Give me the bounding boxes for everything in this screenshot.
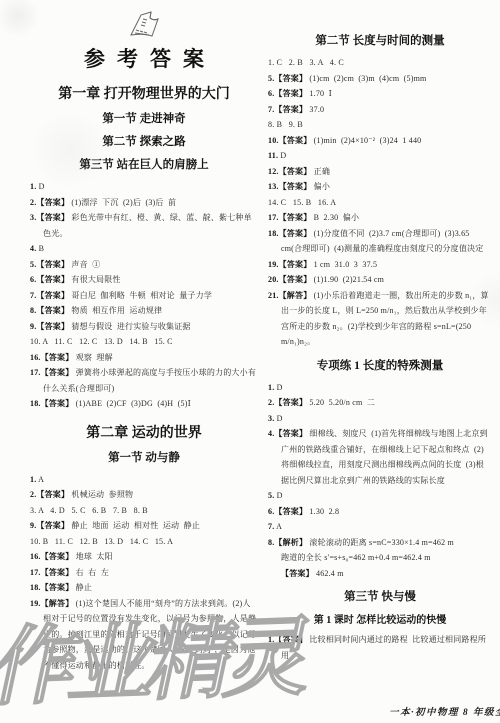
answer-text: (1)漂浮 下沉 (2)后 (3)后 前 [69, 198, 176, 207]
answer-line: 4.【答案】 细棉线、刻度尺 (1)首先将细棉线与地图上北京到广州的铁路线重合铺… [268, 426, 492, 488]
answer-text: 10. B 11. C 12. B 13. D 14. C 15. A [30, 537, 173, 546]
answer-tag: 【答案】 [274, 635, 307, 644]
answer-text: 右 右 左 [73, 568, 109, 577]
answer-text: 彩色光带中有红、橙、黄、绿、蓝、靛、紫七种单色光。 [43, 213, 252, 238]
answer-book-page: 参考答案第一章 打开物理世界的大门第一节 走进神奇第二节 探索之路第三节 站在巨… [0, 0, 500, 723]
answer-tag: 【答案】 [274, 398, 307, 407]
answer-line: 跑道的全长 s′=s+s₀=462 m+0.4 m=462.4 m [268, 550, 492, 566]
answer-line: 17.【答案】 B 2.30 偏小 [268, 210, 492, 226]
section-heading: 第二节 长度与时间的测量 [268, 32, 492, 48]
page-title-heading: 参考答案 [30, 43, 258, 73]
answer-text: 1 cm 31.0 3 37.5 [311, 260, 377, 269]
answer-text: 比较相同时间内通过的路程 比较通过相同路程所用 [281, 635, 486, 660]
answer-tag: 【答案】 [36, 291, 69, 300]
question-number: 19. [30, 599, 41, 608]
answer-text: A [274, 522, 282, 531]
answer-text: 正确 [311, 167, 330, 176]
question-number: 16. [30, 552, 41, 561]
answer-line: 3. A 4. D 5. C 6. B 7. B 8. B [30, 503, 258, 519]
answer-text: 声音 ① [69, 260, 100, 269]
answer-text: B [36, 244, 44, 253]
answer-line: 1. D [268, 380, 492, 396]
answer-text: (1)cm (2)cm (3)m (4)cm (5)mm [307, 74, 426, 83]
answer-text: 物质 相互作用 运动规律 [69, 306, 162, 315]
answer-tag: 【答案】 [274, 89, 307, 98]
answer-text: D [274, 491, 282, 500]
answer-text: (1)ABE (2)CF (3)DG (4)H (5)Ⅰ [73, 399, 191, 408]
answer-tag: 【答案】 [41, 583, 74, 592]
answer-tag: 【答案】 [36, 198, 69, 207]
answer-line: 7. A [268, 519, 492, 535]
question-number: 10. [268, 136, 279, 145]
answer-text: (1)这个楚国人不能用“刻舟”的方法求到剑。(2)人相对于记号的位置没有发生变化… [43, 599, 256, 670]
answer-line: 18.【答案】 (1)ABE (2)CF (3)DG (4)H (5)Ⅰ [30, 396, 258, 412]
answer-text: 3. A 4. D 5. C 6. B 7. B 8. B [30, 506, 148, 515]
answer-tag: 【答案】 [281, 569, 314, 578]
answer-line: 19.【解答】 (1)这个楚国人不能用“刻舟”的方法求到剑。(2)人相对于记号的… [30, 596, 258, 674]
question-number: 12. [268, 167, 279, 176]
answer-tag: 【答案】 [274, 507, 307, 516]
answer-text: 1.70 Ⅰ [307, 89, 332, 98]
answer-text: (1)小乐沿着跑道走一圈，数出所走的步数 n₁，算出一步的长度 L，则 L=25… [281, 291, 489, 347]
answer-text: (1)min (2)4×10⁻² (3)24 1 440 [311, 136, 421, 145]
answer-text: D [274, 383, 282, 392]
answer-text: 1.30 2.8 [307, 507, 339, 516]
answer-line: 6.【答案】 1.30 2.8 [268, 504, 492, 520]
answer-tag: 【答案】 [279, 167, 312, 176]
answer-line: 10.【答案】 (1)min (2)4×10⁻² (3)24 1 440 [268, 133, 492, 149]
answer-tag: 【答案】 [36, 213, 69, 222]
answer-line: 17.【答案】 右 右 左 [30, 565, 258, 581]
answer-line: 5.【答案】 (1)cm (2)cm (3)m (4)cm (5)mm [268, 71, 492, 87]
answer-text: 偏小 [311, 182, 330, 191]
answer-line: 6.【答案】 1.70 Ⅰ [268, 86, 492, 102]
answer-text: 1. C 2. B 3. A 4. C [268, 58, 344, 67]
answer-text: D [278, 151, 286, 160]
answer-tag: 【解答】 [41, 599, 74, 608]
answer-line: 18.【答案】 (1)分度值不同 (2)3.7 cm(合理即可) (3)3.65… [268, 226, 492, 257]
answer-tag: 【答案】 [41, 353, 74, 362]
answer-line: 1. C 2. B 3. A 4. C [268, 55, 492, 71]
answer-text: D [274, 414, 282, 423]
answer-line: 19.【答案】 1 cm 31.0 3 37.5 [268, 257, 492, 273]
answer-line: 6.【答案】 有很大局限性 [30, 272, 258, 288]
answer-line: 10. B 11. C 12. B 13. D 14. C 15. A [30, 534, 258, 550]
answer-line: 8.【答案】 物质 相互作用 运动规律 [30, 303, 258, 319]
answer-line: 5. D [268, 488, 492, 504]
answer-line: 11. D [268, 148, 492, 164]
answer-text: 哥白尼 伽利略 牛顿 相对论 量子力学 [69, 291, 212, 300]
answer-text: 猜想与假设 进行实验与收集证据 [69, 322, 190, 331]
answer-tag: 【答案】 [274, 74, 307, 83]
answer-tag: 【答案】 [36, 260, 69, 269]
chapter-heading: 第一章 打开物理世界的大门 [30, 83, 258, 103]
answer-tag: 【解答】 [279, 291, 312, 300]
answer-line: 8. B 9. B [268, 117, 492, 133]
answer-line: 8.【解析】 滚轮滚动的距离 s=nC=330×1.4 m=462 m [268, 535, 492, 551]
answer-line: 16.【答案】 观察 理解 [30, 350, 258, 366]
answer-text: 弹簧将小球弹起的高度与手按压小球的力的大小有什么关系(合理即可) [43, 368, 256, 393]
question-number: 19. [268, 260, 279, 269]
question-number: 11. [268, 151, 278, 160]
footer-book-title: 一本·初中物理 8 年级全 [389, 704, 500, 718]
right-column: 第二节 长度与时间的测量1. C 2. B 3. A 4. C5.【答案】 (1… [268, 0, 492, 663]
answer-line: 1. D [30, 179, 258, 195]
answer-text: 滚轮滚动的距离 s=nC=330×1.4 m=462 m [307, 538, 454, 547]
answer-text: 8. B 9. B [268, 120, 303, 129]
answer-line: 16.【答案】 地球 太阳 [30, 549, 258, 565]
question-number: 17. [30, 368, 41, 377]
answer-tag: 【答案】 [279, 136, 312, 145]
section-heading: 第三节 快与慢 [268, 588, 492, 604]
question-number: 16. [30, 353, 41, 362]
answer-line: 2.【答案】 机械运动 参照物 [30, 487, 258, 503]
answer-text: 10. A 11. C 12. C 13. D 14. B 15. C [30, 337, 173, 346]
answer-text: 机械运动 参照物 [69, 490, 133, 499]
question-number: 17. [268, 213, 279, 222]
answer-tag: 【答案】 [36, 275, 69, 284]
answer-line: 20.【答案】 (1)1.90 (2)21.54 cm [268, 272, 492, 288]
answer-line: 2.【答案】 (1)漂浮 下沉 (2)后 (3)后 前 [30, 195, 258, 211]
answer-line: 5.【答案】 声音 ① [30, 257, 258, 273]
answer-line: 【答案】 462.4 m [268, 566, 492, 582]
answer-tag: 【答案】 [274, 429, 307, 438]
answer-text: 跑道的全长 s′=s+s₀=462 m+0.4 m=462.4 m [281, 553, 431, 562]
section-heading: 第一节 动与静 [30, 449, 258, 465]
section-heading: 第一节 走进神奇 [30, 110, 258, 126]
section-heading: 第二节 探索之路 [30, 133, 258, 149]
answer-tag: 【答案】 [41, 552, 74, 561]
answer-text: 细棉线、刻度尺 (1)首先将细棉线与地图上北京到广州的铁路线重合铺好，在细棉线上… [281, 429, 488, 485]
answer-line: 7.【答案】 37.0 [268, 102, 492, 118]
answer-text: 静止 [73, 583, 92, 592]
answer-line: 1.【答案】 比较相同时间内通过的路程 比较通过相同路程所用 [268, 632, 492, 663]
question-number: 18. [30, 583, 41, 592]
answer-tag: 【答案】 [279, 275, 312, 284]
question-number: 21. [268, 291, 279, 300]
section-heading: 第三节 站在巨人的肩膀上 [30, 156, 258, 172]
answer-line: 13.【答案】 偏小 [268, 179, 492, 195]
answer-tag: 【解析】 [274, 538, 307, 547]
answer-text: (1)1.90 (2)21.54 cm [311, 275, 384, 284]
answer-tag: 【答案】 [279, 229, 312, 238]
answer-text: B 2.30 偏小 [311, 213, 359, 222]
answer-tag: 【答案】 [36, 490, 69, 499]
answer-line: 21.【解答】 (1)小乐沿着跑道走一圈，数出所走的步数 n₁，算出一步的长度 … [268, 288, 492, 350]
answer-tag: 【答案】 [274, 105, 307, 114]
answer-line: 3.【答案】 彩色光带中有红、橙、黄、绿、蓝、靛、紫七种单色光。 [30, 210, 258, 241]
answer-line: 10. A 11. C 12. C 13. D 14. B 15. C [30, 334, 258, 350]
section-heading: 专项练 1 长度的特殊测量 [268, 357, 492, 373]
answer-line: 2.【答案】 5.20 5.20/n cm 二 [268, 395, 492, 411]
answer-line: 14. C 15. B 16. A [268, 195, 492, 211]
question-number: 18. [268, 229, 279, 238]
answer-tag: 【答案】 [279, 182, 312, 191]
answer-tag: 【答案】 [279, 213, 312, 222]
answer-text: D [36, 182, 44, 191]
answer-line: 9.【答案】 猜想与假设 进行实验与收集证据 [30, 319, 258, 335]
answer-text: 地球 太阳 [73, 552, 112, 561]
answer-tag: 【答案】 [36, 306, 69, 315]
question-number: 13. [268, 182, 279, 191]
question-number: 18. [30, 399, 41, 408]
answer-tag: 【答案】 [279, 260, 312, 269]
answer-line: 12.【答案】 正确 [268, 164, 492, 180]
answer-text: 462.4 m [314, 569, 344, 578]
answer-tag: 【答案】 [36, 322, 69, 331]
answer-tag: 【答案】 [41, 368, 74, 377]
answer-line: 9.【答案】 静止 地面 运动 相对性 运动 静止 [30, 518, 258, 534]
question-number: 17. [30, 568, 41, 577]
answer-tag: 【答案】 [41, 568, 74, 577]
chapter-heading: 第二章 运动的世界 [30, 422, 258, 442]
answer-sheet-icon [30, 9, 258, 41]
answer-text: (1)分度值不同 (2)3.7 cm(合理即可) (3)3.65 cm(合理即可… [281, 229, 483, 254]
answer-line: 18.【答案】 静止 [30, 580, 258, 596]
answer-text: 5.20 5.20/n cm 二 [307, 398, 375, 407]
answer-text: 有很大局限性 [69, 275, 120, 284]
answer-text: 14. C 15. B 16. A [268, 198, 336, 207]
subsection-heading: 第 1 课时 怎样比较运动的快慢 [268, 611, 492, 626]
answer-line: 3. D [268, 411, 492, 427]
answer-text: 静止 地面 运动 相对性 运动 静止 [69, 521, 200, 530]
answer-tag: 【答案】 [36, 521, 69, 530]
answer-text: A [36, 475, 44, 484]
question-number: 20. [268, 275, 279, 284]
answer-line: 7.【答案】 哥白尼 伽利略 牛顿 相对论 量子力学 [30, 288, 258, 304]
answer-line: 17.【答案】 弹簧将小球弹起的高度与手按压小球的力的大小有什么关系(合理即可) [30, 365, 258, 396]
answer-line: 1. A [30, 472, 258, 488]
answer-text: 37.0 [307, 105, 324, 114]
answer-line: 4. B [30, 241, 258, 257]
left-column: 参考答案第一章 打开物理世界的大门第一节 走进神奇第二节 探索之路第三节 站在巨… [30, 0, 258, 673]
answer-tag: 【答案】 [41, 399, 74, 408]
answer-text: 观察 理解 [73, 353, 112, 362]
